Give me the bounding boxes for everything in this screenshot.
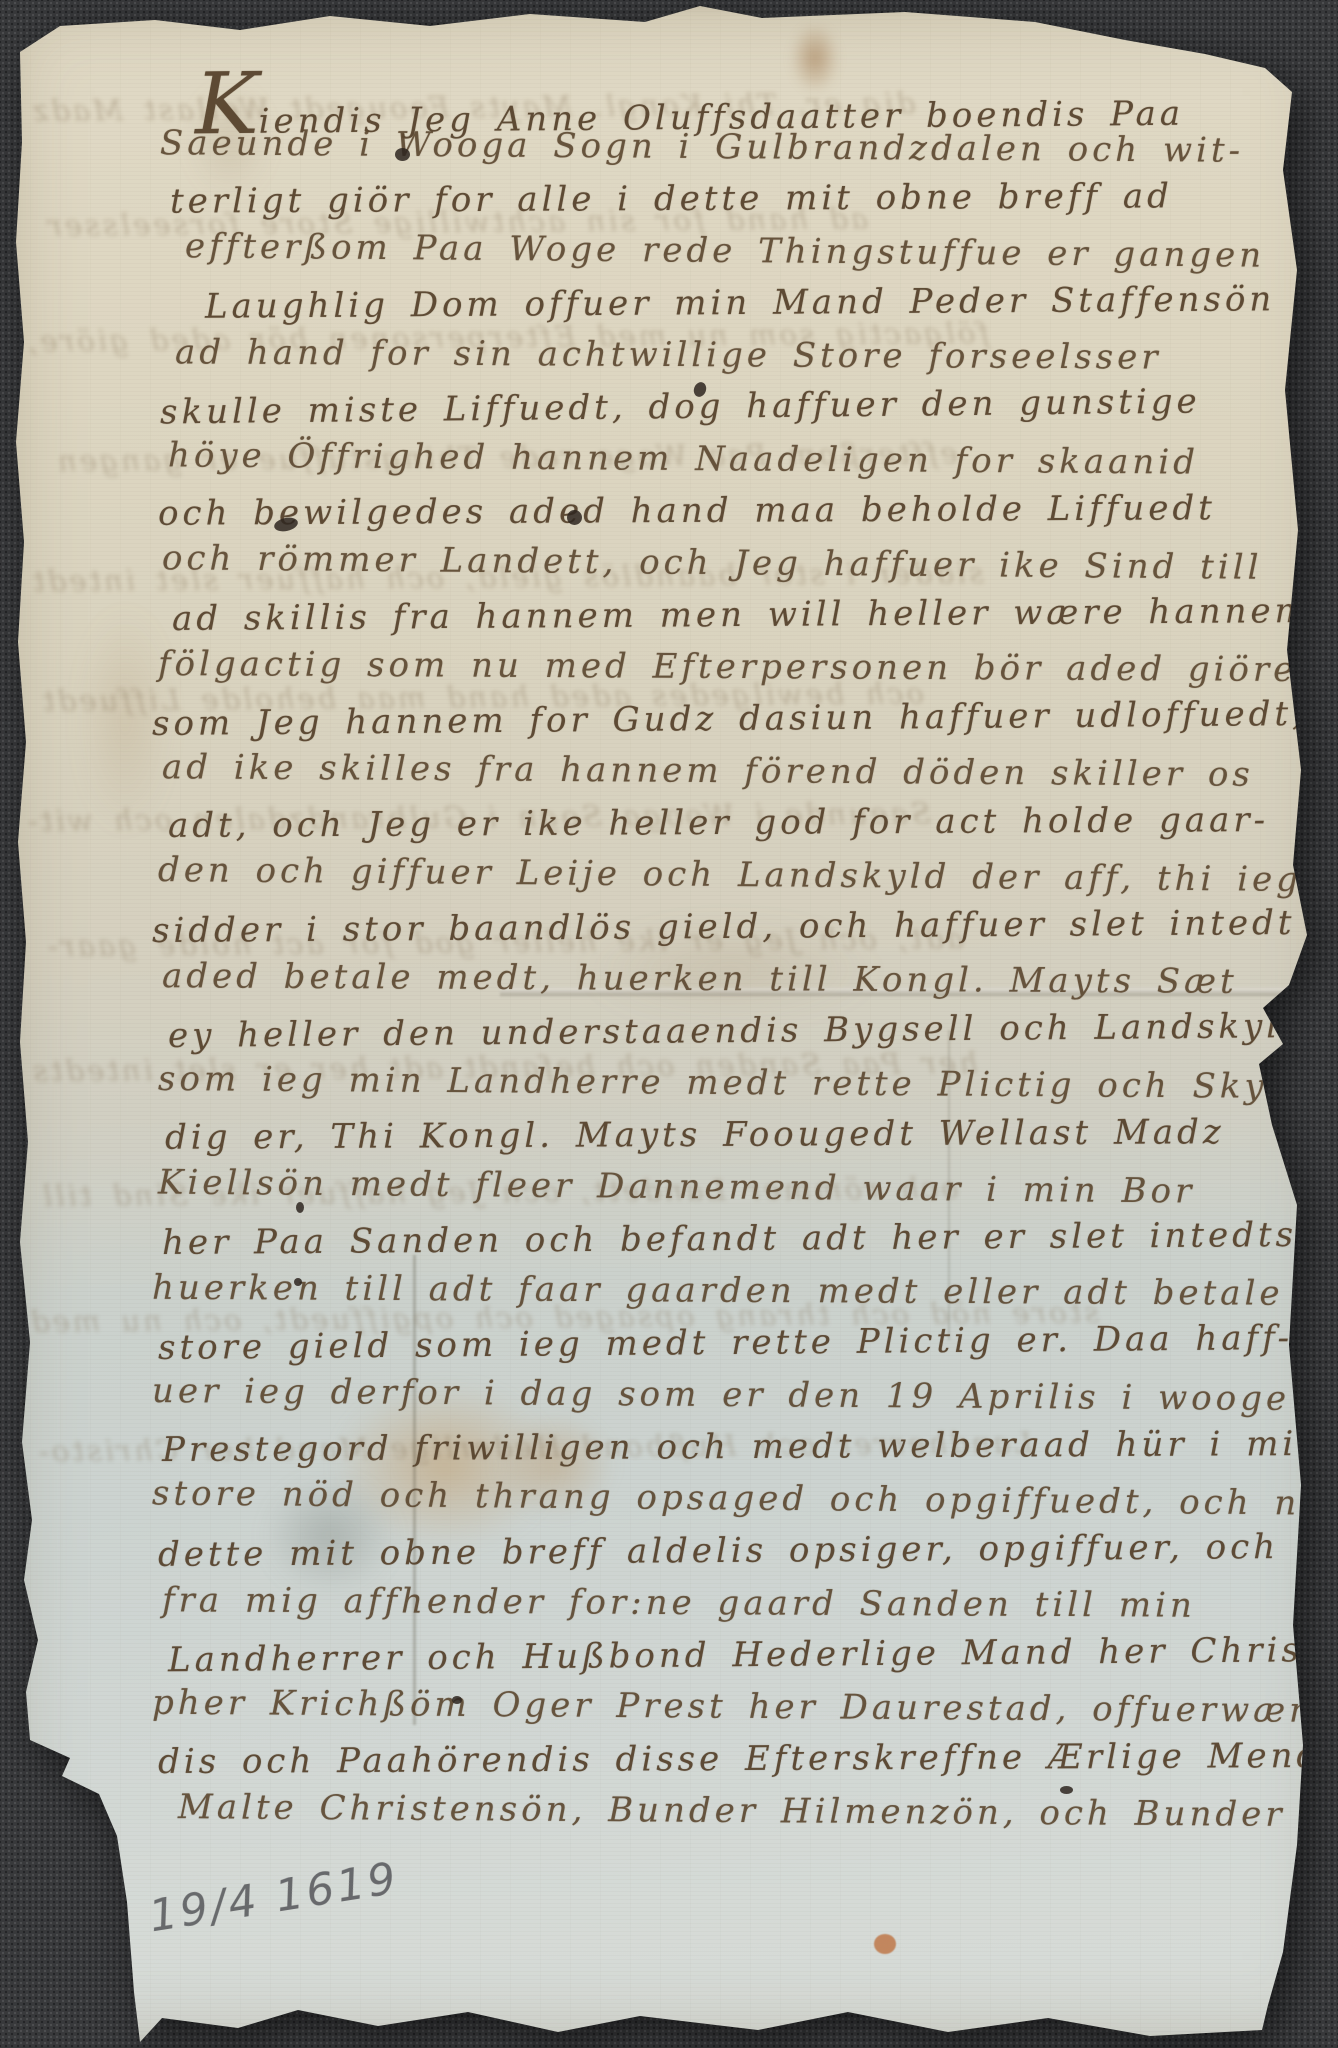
manuscript-line: som ieg min Landherre medt rette Plictig… [158, 1059, 1298, 1107]
manuscript-line: huerken till adt faar gaarden medt eller… [152, 1268, 1338, 1314]
manuscript-line: Saeunde i Wooga Sogn i Gulbrandzdalen oc… [160, 123, 1244, 171]
manuscript-line: store gield som ieg medt rette Plictig e… [158, 1318, 1293, 1368]
manuscript-line: aded betale medt, huerken till Kongl. Ma… [162, 956, 1238, 1002]
ink-blot [294, 1278, 302, 1286]
manuscript-line: dis och Paahörendis disse Efterskreffne … [158, 1736, 1322, 1782]
manuscript-line: Laughlig Dom offuer min Mand Peder Staff… [205, 279, 1276, 326]
manuscript-line: ad skillis fra hannem men will heller wæ… [172, 591, 1311, 639]
manuscript-line: den och giffuer Leije och Landskyld der … [158, 850, 1302, 900]
manuscript-line: fra mig affhender for:ne gaard Sanden ti… [162, 1580, 1196, 1625]
manuscript-line: dette mit obne breff aldelis opsiger, op… [158, 1527, 1279, 1575]
manuscript-line: och römmer Landett, och Jeg haffuer ike … [162, 538, 1263, 588]
manuscript-line: terligt giör for alle i dette mit obne b… [170, 176, 1173, 221]
manuscript-line: ad hand for sin achtwillige Store forsee… [175, 332, 1162, 377]
manuscript-line: ey heller den understaaendis Bygsell och… [168, 1006, 1307, 1056]
ink-blot [567, 510, 582, 525]
manuscript-line: Malte Christensön, Bunder Hilmenzön, och… [178, 1787, 1286, 1835]
manuscript-line: pher Krichßöm Oger Prest her Daurestad, … [152, 1683, 1338, 1732]
manuscript-line: höye Öffrighed hannem Naadeligen for ska… [168, 435, 1199, 482]
archive-photo-background: { "manuscript": { "lines": [ "Kiendis Je… [0, 0, 1338, 2048]
manuscript-line: Landherrer och Hußbond Hederlige Mand he… [168, 1630, 1338, 1680]
manuscript-line: uer ieg derfor i dag som er den 19 April… [152, 1371, 1290, 1419]
manuscript-line: Prestegord friwilligen och medt welberaa… [162, 1424, 1323, 1470]
manuscript-line: adt, och Jeg er ike heller god for act h… [168, 800, 1269, 846]
manuscript-line: dig er, Thi Kongl. Mayts Foougedt Wellas… [165, 1112, 1225, 1158]
manuscript-line: fölgactig som nu med Efterpersonen bör a… [158, 644, 1312, 690]
manuscript-line: sidder i stor baandlös gield, och haffue… [152, 903, 1296, 951]
ink-blot [395, 148, 410, 161]
manuscript-line: som Jeg hannem for Gudz dasiun haffuer u… [152, 694, 1307, 744]
manuscript-line: her Paa Sanden och befandt adt her er sl… [162, 1215, 1297, 1263]
manuscript-line: skulle miste Liffuedt, dog haffuer den g… [160, 382, 1201, 433]
manuscript-line: store nöd och thrang opsaged och opgiffu… [152, 1473, 1338, 1524]
manuscript-line: och bewilgedes aded hand maa beholde Lif… [158, 488, 1216, 534]
paper-shadow: dig er, Thi Kongl. Mayts Foougedt Wellas… [0, 0, 1338, 2048]
manuscript-text: Kiendis Jeg Anne Oluffsdaatter boendis P… [0, 0, 1338, 2048]
ink-blot [452, 1696, 462, 1704]
manuscript-line: effterßom Paa Woge rede Thingstuffue er … [185, 226, 1265, 275]
manuscript-page: dig er, Thi Kongl. Mayts Foougedt Wellas… [0, 0, 1338, 2048]
ink-blot [1060, 1786, 1073, 1794]
ink-blot [296, 1202, 304, 1213]
manuscript-line: Kiellsön medt fleer Dannemend waar i min… [158, 1162, 1196, 1211]
orange-dot [874, 1934, 896, 1954]
manuscript-line: ad ike skilles fra hannem förend döden s… [162, 747, 1254, 795]
